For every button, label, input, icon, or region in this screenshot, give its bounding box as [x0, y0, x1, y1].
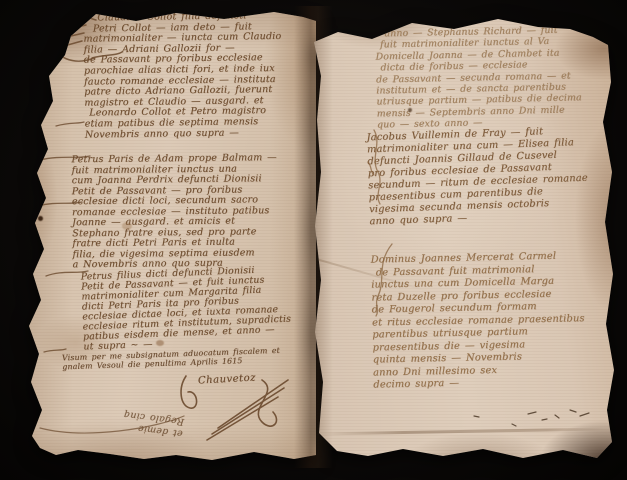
right-page-wrap: anno — Stephanus Richard — fuit fuit mat…	[312, 12, 616, 468]
right-paragraph-3: Dominus Joannes Mercerat Carmel de Passa…	[371, 249, 618, 392]
left-paragraph-3: Petrus filius dicti defuncti DionisiiPet…	[81, 263, 320, 352]
foxing-spot	[38, 216, 43, 221]
manuscript-text-line: Novembris anno quo supra —	[85, 127, 317, 141]
foxing-spot	[122, 222, 132, 230]
right-paragraph-1-faded: anno — Stephanus Richard — fuit fuit mat…	[375, 24, 615, 132]
left-page-wrap: Claudina Collot filia defuncti Petri Col…	[26, 8, 316, 466]
inverted-margin-note: et demieRegalo cinq	[33, 397, 185, 439]
manuscript-right-page: anno — Stephanus Richard — fuit fuit mat…	[312, 12, 616, 468]
left-paragraph-1: Claudina Collot filia defuncti Petri Col…	[83, 10, 317, 140]
foxing-spot	[156, 340, 164, 346]
ink-smudges	[474, 410, 589, 426]
manuscript-left-page: Claudina Collot filia defuncti Petri Col…	[26, 8, 316, 466]
signature-flourish	[181, 376, 288, 440]
notary-signature: Chauvetoz	[198, 372, 256, 386]
paper-crease	[318, 428, 604, 436]
right-paragraph-2: Jacobus Vuillemin de Fray — fuitmatrimon…	[366, 124, 617, 229]
manuscript-photo-backdrop: Claudina Collot filia defuncti Petri Col…	[0, 0, 627, 480]
foxing-spot	[408, 108, 412, 112]
left-paragraph-2: Petrus Paris de Adam prope Balmam —fuit …	[71, 153, 314, 271]
